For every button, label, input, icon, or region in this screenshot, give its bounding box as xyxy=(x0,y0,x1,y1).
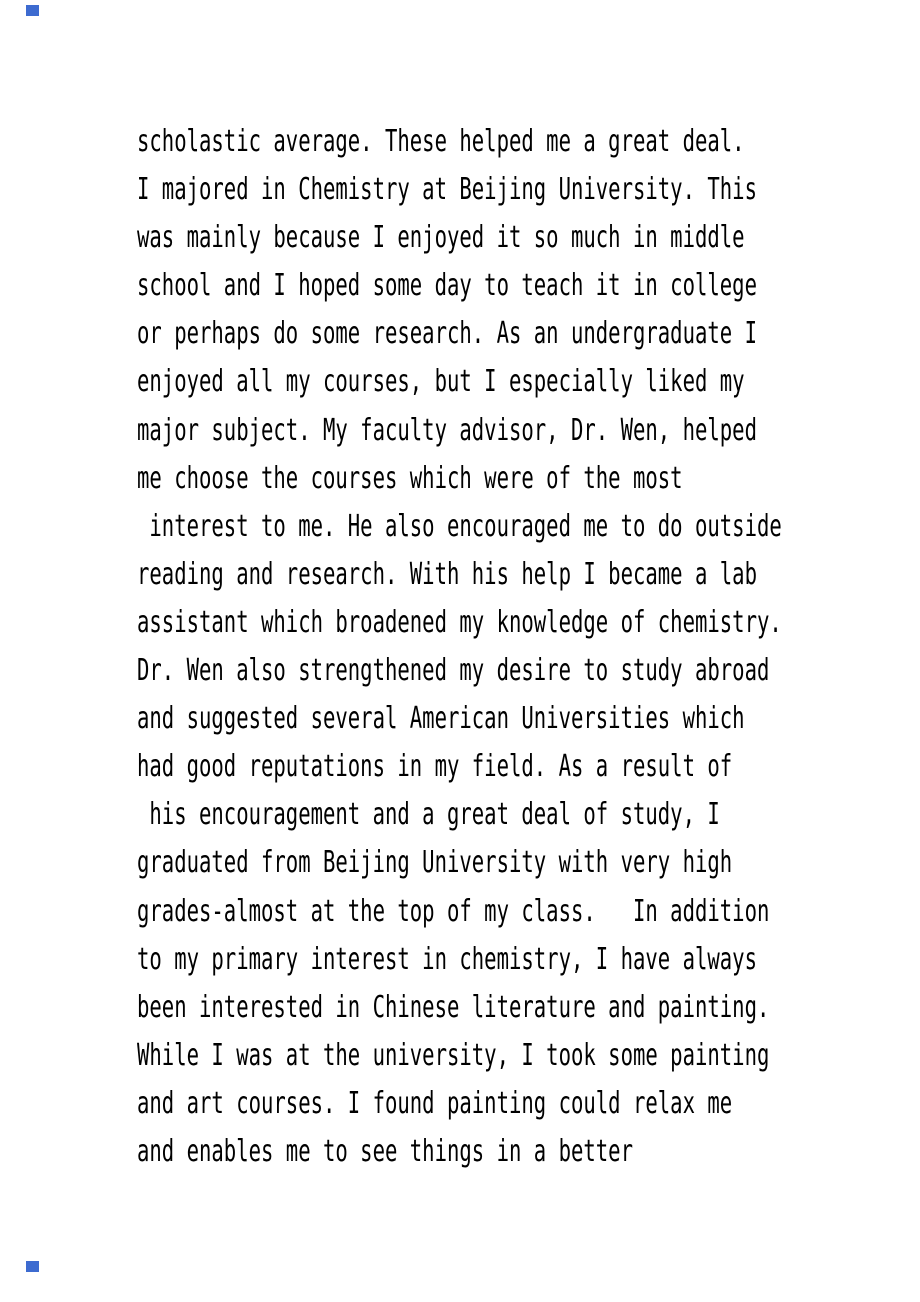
text-line: grades-almost at the top of my class. In… xyxy=(137,888,796,936)
text-line: and art courses. I found painting could … xyxy=(137,1080,796,1128)
text-line: I majored in Chemistry at Beijing Univer… xyxy=(137,166,796,214)
text-line: scholastic average. These helped me a gr… xyxy=(137,118,796,166)
text-line: or perhaps do some research. As an under… xyxy=(137,310,796,358)
text-line: his encouragement and a great deal of st… xyxy=(137,791,796,839)
text-line: school and I hoped some day to teach it … xyxy=(137,262,796,310)
text-line: assistant which broadened my knowledge o… xyxy=(137,599,796,647)
text-line: been interested in Chinese literature an… xyxy=(137,984,796,1032)
text-line: reading and research. With his help I be… xyxy=(137,551,796,599)
text-line: Dr. Wen also strengthened my desire to s… xyxy=(137,647,796,695)
text-line: and suggested several American Universit… xyxy=(137,695,796,743)
text-line: was mainly because I enjoyed it so much … xyxy=(137,214,796,262)
text-line: and enables me to see things in a better xyxy=(137,1128,796,1176)
text-line: me choose the courses which were of the … xyxy=(137,455,796,503)
text-line: major subject. My faculty advisor, Dr. W… xyxy=(137,407,796,455)
text-line: While I was at the university, I took so… xyxy=(137,1032,796,1080)
text-line: interest to me. He also encouraged me to… xyxy=(137,503,796,551)
text-line: to my primary interest in chemistry, I h… xyxy=(137,936,796,984)
text-line: graduated from Beijing University with v… xyxy=(137,839,796,887)
text-line: had good reputations in my field. As a r… xyxy=(137,743,796,791)
document-text: scholastic average. These helped me a gr… xyxy=(137,118,796,1176)
document-page: scholastic average. These helped me a gr… xyxy=(0,0,920,1302)
page-anchor-bottom-icon xyxy=(26,1261,39,1272)
text-line: enjoyed all my courses, but I especially… xyxy=(137,358,796,406)
page-anchor-top-icon xyxy=(26,5,39,16)
